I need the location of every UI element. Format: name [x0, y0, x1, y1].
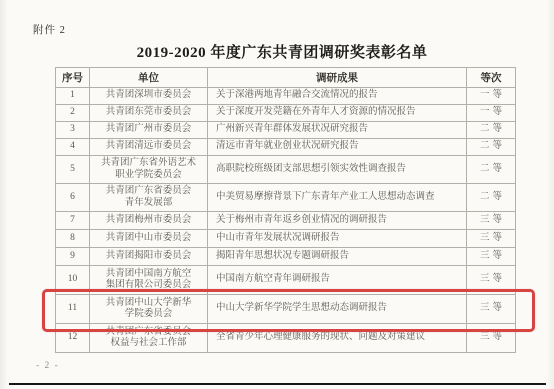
header-result: 调研成果	[208, 68, 467, 88]
cell-unit: 共青团广州市委员会	[90, 122, 208, 139]
cell-no: 3	[56, 122, 90, 139]
cell-result: 关于深港两地青年融合交流情况的报告	[208, 88, 467, 105]
cell-result: 关于深度开发莞籍在外青年人才资源的情况报告	[208, 105, 467, 122]
attachment-label: 附件 2	[33, 22, 66, 37]
page-number: - 2 -	[36, 361, 59, 371]
cell-no: 7	[56, 212, 90, 230]
cell-grade: 三等	[467, 248, 516, 266]
cell-no: 5	[56, 156, 90, 184]
cell-result: 广州新兴青年群体发展状况研究报告	[208, 122, 467, 139]
cell-no: 12	[56, 324, 90, 353]
header-grade: 等次	[467, 68, 516, 88]
page-title: 2019-2020 年度广东共青团调研奖表彰名单	[47, 41, 517, 62]
cell-result: 关于梅州市青年返乡创业情况的调研报告	[208, 212, 467, 230]
cell-no: 1	[56, 88, 90, 105]
cell-result: 中美贸易摩擦背景下广东青年产业工人思想动态调查	[208, 184, 467, 212]
cell-grade: 三等	[467, 230, 516, 248]
cell-grade: 二等	[467, 156, 516, 184]
cell-grade: 三等	[467, 266, 516, 295]
cell-result: 全省青少年心理健康服务的现状、问题及对策建议	[208, 324, 467, 353]
table-row: 12 共青团广东省委员会 权益与社会工作部 全省青少年心理健康服务的现状、问题及…	[56, 324, 516, 353]
cell-result: 中山市青年发展状况调研报告	[208, 230, 467, 248]
table-row: 10 共青团中国南方航空 集团有限公司委员会 中国南方航空青年调研报告 三等	[56, 266, 516, 295]
cell-result: 高职院校班级团支部思想引领实效性调查报告	[208, 156, 467, 184]
cell-no: 8	[56, 230, 90, 248]
table-row: 2 共青团东莞市委员会 关于深度开发莞籍在外青年人才资源的情况报告 一等	[56, 105, 516, 122]
cell-result: 中山大学新华学院学生思想动态调研报告	[208, 295, 467, 324]
cell-unit: 共青团广东省外语艺术 职业学院委员会	[90, 156, 208, 184]
cell-unit: 共青团清远市委员会	[90, 139, 208, 156]
table-row: 1 共青团深圳市委员会 关于深港两地青年融合交流情况的报告 一等	[56, 88, 516, 105]
table-row: 7 共青团梅州市委员会 关于梅州市青年返乡创业情况的调研报告 三等	[56, 212, 516, 230]
cell-no: 9	[56, 248, 90, 266]
cell-unit: 共青团梅州市委员会	[90, 212, 208, 230]
cell-unit: 共青团中国南方航空 集团有限公司委员会	[90, 266, 208, 295]
cell-no: 11	[56, 295, 90, 324]
cell-grade: 二等	[467, 139, 516, 156]
cell-no: 2	[56, 105, 90, 122]
awards-table: 序号 单位 调研成果 等次 1 共青团深圳市委员会 关于深港两地青年融合交流情况…	[55, 67, 516, 353]
cell-unit: 共青团中山市委员会	[90, 230, 208, 248]
table-row-highlighted: 11 共青团中山大学新华 学院委员会 中山大学新华学院学生思想动态调研报告 三等	[56, 295, 516, 324]
table-header-row: 序号 单位 调研成果 等次	[56, 68, 516, 88]
cell-grade: 三等	[467, 295, 516, 324]
table-row: 3 共青团广州市委员会 广州新兴青年群体发展状况研究报告 二等	[56, 122, 516, 139]
cell-grade: 一等	[467, 105, 516, 122]
cell-grade: 二等	[467, 184, 516, 212]
header-no: 序号	[56, 68, 90, 88]
cell-no: 10	[56, 266, 90, 295]
cell-unit: 共青团中山大学新华 学院委员会	[90, 295, 208, 324]
cell-grade: 三等	[467, 324, 516, 353]
cell-no: 6	[56, 184, 90, 212]
cell-result: 中国南方航空青年调研报告	[208, 266, 467, 295]
cell-grade: 二等	[467, 122, 516, 139]
cell-grade: 一等	[467, 88, 516, 105]
table-row: 4 共青团清远市委员会 清远市青年就业创业状况研究报告 二等	[56, 139, 516, 156]
cell-unit: 共青团广东省委员会 青年发展部	[90, 184, 208, 212]
cell-unit: 共青团深圳市委员会	[90, 88, 208, 105]
table-row: 5 共青团广东省外语艺术 职业学院委员会 高职院校班级团支部思想引领实效性调查报…	[56, 156, 516, 184]
table-row: 6 共青团广东省委员会 青年发展部 中美贸易摩擦背景下广东青年产业工人思想动态调…	[56, 184, 516, 212]
cell-unit: 共青团东莞市委员会	[90, 105, 208, 122]
cell-result: 揭阳青年思想状况专题调研报告	[208, 248, 467, 266]
cell-unit: 共青团揭阳市委员会	[90, 248, 208, 266]
cell-unit: 共青团广东省委员会 权益与社会工作部	[90, 324, 208, 353]
cell-result: 清远市青年就业创业状况研究报告	[208, 139, 467, 156]
cell-grade: 三等	[467, 212, 516, 230]
table-row: 8 共青团中山市委员会 中山市青年发展状况调研报告 三等	[56, 230, 516, 248]
table-row: 9 共青团揭阳市委员会 揭阳青年思想状况专题调研报告 三等	[56, 248, 516, 266]
cell-no: 4	[56, 139, 90, 156]
header-unit: 单位	[90, 68, 208, 88]
page-bottom-edge	[9, 383, 546, 385]
